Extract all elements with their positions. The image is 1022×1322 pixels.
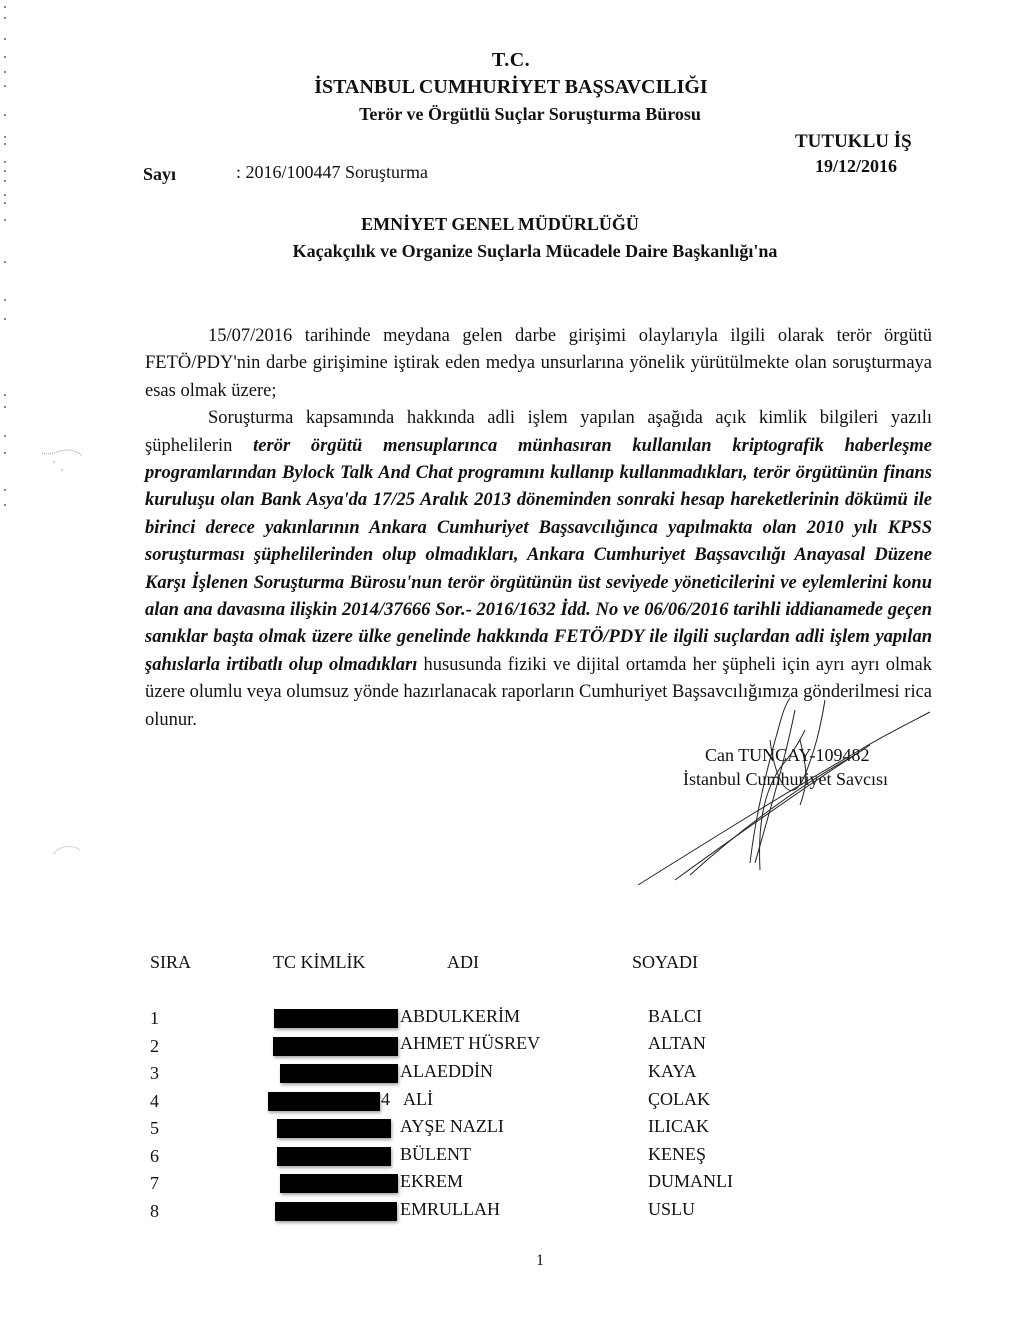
scan-smudge bbox=[48, 840, 88, 870]
row-adi: AHMET HÜSREV bbox=[400, 1033, 540, 1054]
scan-smudge bbox=[38, 448, 88, 478]
handwritten-signature-icon bbox=[630, 680, 950, 900]
row-adi: ALİ bbox=[403, 1089, 433, 1110]
paragraph-1: 15/07/2016 tarihinde meydana gelen darbe… bbox=[145, 323, 932, 405]
addressee-line1: EMNİYET GENEL MÜDÜRLÜĞÜ bbox=[0, 214, 1000, 235]
status-label: TUTUKLU İŞ bbox=[795, 131, 912, 153]
redacted-tc-kimlik bbox=[280, 1064, 398, 1083]
row-adi: EMRULLAH bbox=[400, 1199, 500, 1220]
sayi-value: : 2016/100447 Soruşturma bbox=[236, 162, 428, 183]
document-date: 19/12/2016 bbox=[815, 156, 897, 177]
addressee-line2: Kaçakçılık ve Organize Suçlarla Mücadele… bbox=[0, 241, 1022, 262]
redacted-tc-kimlik bbox=[275, 1202, 397, 1221]
row-soyadi: KAYA bbox=[648, 1061, 696, 1082]
redacted-tc-kimlik bbox=[277, 1147, 391, 1166]
row-adi: ABDULKERİM bbox=[400, 1006, 520, 1027]
header-bureau: Terör ve Örgütlü Suçlar Soruşturma Büros… bbox=[0, 104, 1022, 125]
row-sira: 4 bbox=[150, 1091, 159, 1112]
page-number: 1 bbox=[536, 1252, 544, 1270]
row-adi: ALAEDDİN bbox=[400, 1061, 493, 1082]
row-sira: 3 bbox=[150, 1063, 159, 1084]
row-sira: 8 bbox=[150, 1201, 159, 1222]
row-adi: AYŞE NAZLI bbox=[400, 1116, 504, 1137]
row-soyadi: DUMANLI bbox=[648, 1171, 733, 1192]
row-soyadi: BALCI bbox=[648, 1006, 702, 1027]
letter-body: 15/07/2016 tarihinde meydana gelen darbe… bbox=[145, 323, 932, 734]
row-soyadi: USLU bbox=[648, 1199, 695, 1220]
header-tc: T.C. bbox=[0, 49, 1022, 72]
redacted-tc-kimlik bbox=[280, 1174, 398, 1193]
row-sira: 6 bbox=[150, 1146, 159, 1167]
row-soyadi: KENEŞ bbox=[648, 1144, 706, 1165]
sayi-label: Sayı bbox=[143, 164, 176, 185]
column-header-tc-kimlik: TC KİMLİK bbox=[273, 952, 366, 973]
redacted-tc-kimlik bbox=[268, 1092, 380, 1111]
redacted-tc-kimlik bbox=[273, 1037, 398, 1056]
row-adi: BÜLENT bbox=[400, 1144, 471, 1165]
row-sira: 5 bbox=[150, 1118, 159, 1139]
row-soyadi: ALTAN bbox=[648, 1033, 706, 1054]
paragraph-2-emphasis: terör örgütü mensuplarınca münhasıran ku… bbox=[145, 436, 932, 675]
row-soyadi: ILICAK bbox=[648, 1116, 709, 1137]
header-institution: İSTANBUL CUMHURİYET BAŞSAVCILIĞI bbox=[0, 76, 1022, 99]
row-sira: 7 bbox=[150, 1173, 159, 1194]
column-header-soyadi: SOYADI bbox=[632, 952, 698, 973]
redacted-tc-kimlik bbox=[274, 1009, 398, 1028]
row-adi: EKREM bbox=[400, 1171, 463, 1192]
row-sira: 1 bbox=[150, 1008, 159, 1029]
column-header-sira: SIRA bbox=[150, 952, 191, 973]
redacted-tc-kimlik bbox=[277, 1119, 391, 1138]
row-soyadi: ÇOLAK bbox=[648, 1089, 710, 1110]
column-header-adi: ADI bbox=[447, 952, 479, 973]
tc-visible-suffix: 4 bbox=[381, 1089, 390, 1110]
row-sira: 2 bbox=[150, 1036, 159, 1057]
